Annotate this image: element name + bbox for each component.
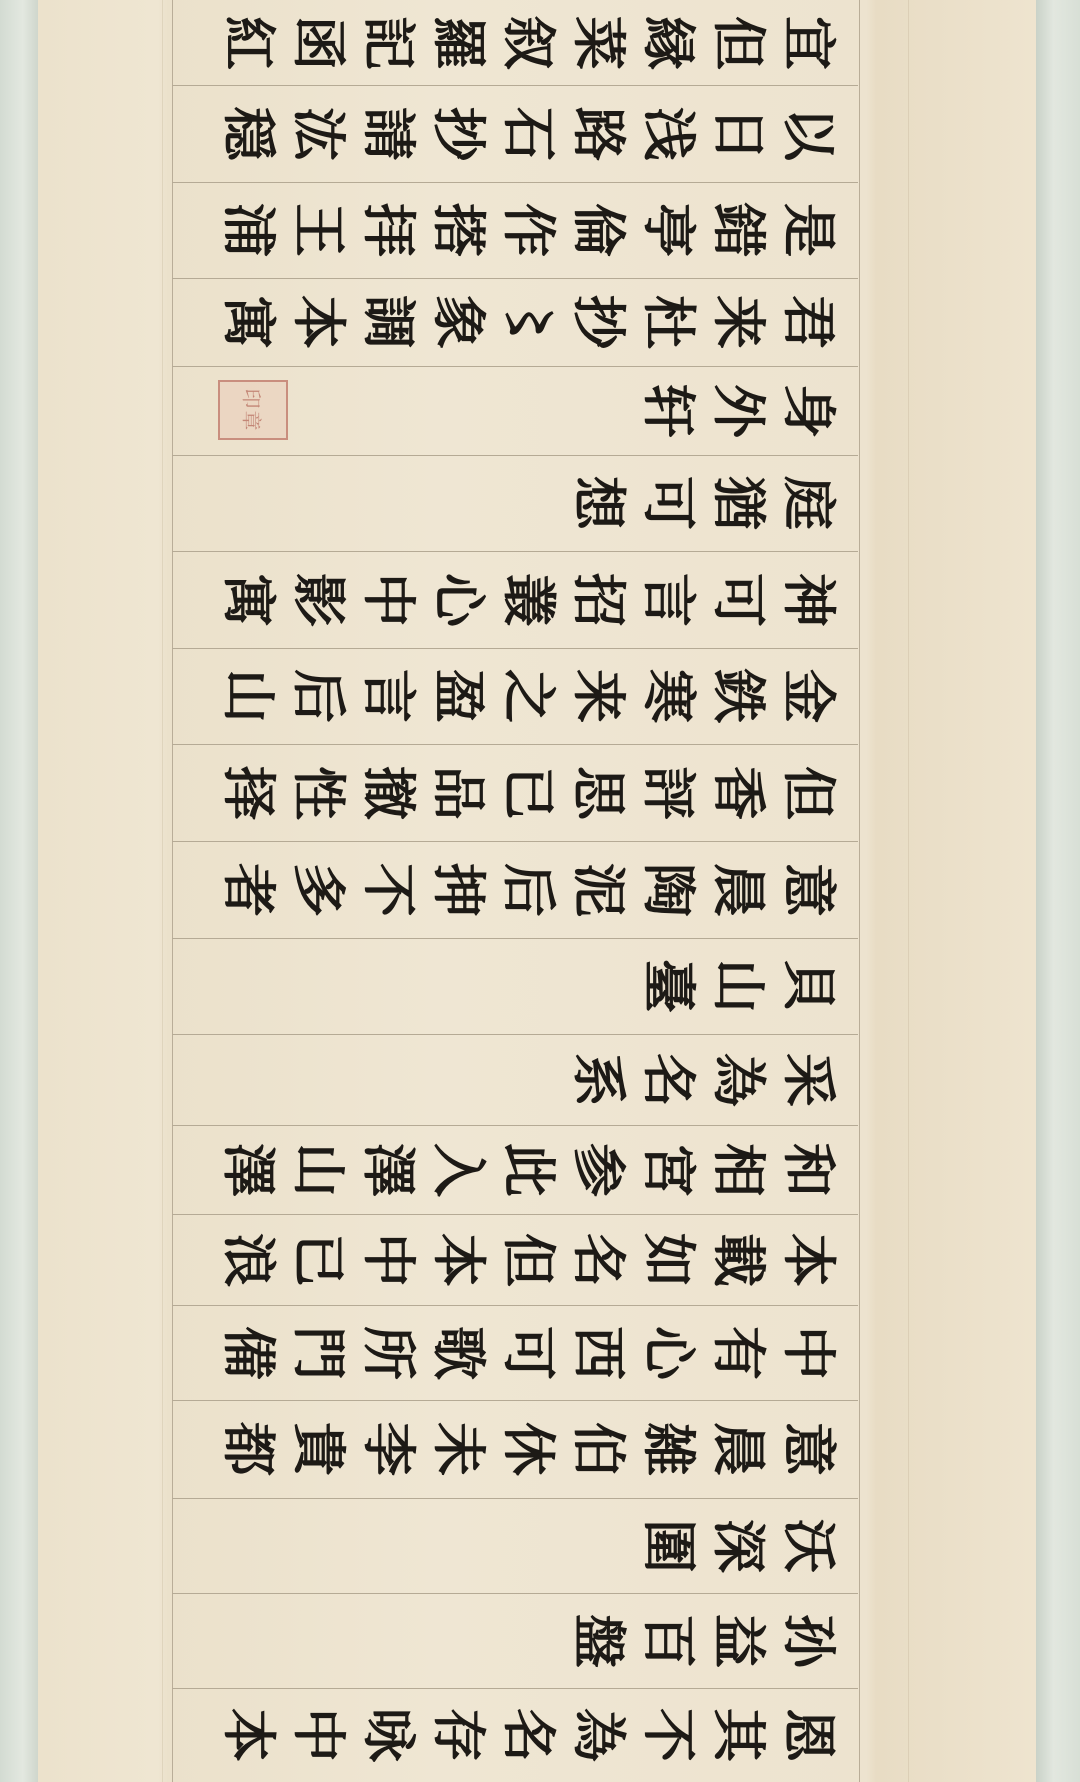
calligraphy-character: 心	[426, 567, 492, 633]
calligraphy-character: 晨	[706, 1416, 772, 1482]
calligraphy-character: 縁	[636, 10, 702, 76]
calligraphy-character: 請	[356, 101, 422, 167]
calligraphy-character: 貴	[286, 1416, 352, 1482]
calligraphy-character: 想	[566, 470, 632, 536]
calligraphy-character: 浦	[216, 197, 282, 263]
silk-mount-right	[1036, 0, 1080, 1782]
calligraphy-column: 意晨雑伯休未李貴都	[178, 1400, 850, 1498]
calligraphy-character: 紅	[216, 10, 282, 76]
silk-mount-left	[0, 0, 38, 1782]
calligraphy-character: 可	[706, 567, 772, 633]
calligraphy-character: 本	[216, 1702, 282, 1768]
calligraphy-character: 香	[706, 760, 772, 826]
calligraphy-character: 為	[706, 1047, 772, 1113]
calligraphy-character: 如	[636, 1227, 702, 1293]
calligraphy-character: 恩	[776, 1702, 842, 1768]
calligraphy-character: 以	[776, 101, 842, 167]
calligraphy-character: 言	[636, 567, 702, 633]
calligraphy-character: 〻	[496, 289, 562, 355]
calligraphy-character: 中	[356, 1227, 422, 1293]
calligraphy-character: 中	[286, 1702, 352, 1768]
calligraphy-character: 路	[566, 101, 632, 167]
calligraphy-character: 相	[706, 1137, 772, 1203]
calligraphy-character: 未	[426, 1416, 492, 1482]
calligraphy-character: 山	[706, 953, 772, 1019]
calligraphy-character: 浅	[636, 101, 702, 167]
calligraphy-column: 但香評思已品撤性择	[178, 744, 850, 841]
calligraphy-character: 晨	[706, 857, 772, 923]
calligraphy-character: 已	[286, 1227, 352, 1293]
paper-seam	[162, 0, 163, 1782]
calligraphy-character: 有	[706, 1320, 772, 1386]
calligraphy-character: 来	[706, 289, 772, 355]
calligraphy-character: 庭	[776, 470, 842, 536]
calligraphy-character: 不	[636, 1702, 702, 1768]
calligraphy-character: 百	[636, 1608, 702, 1674]
calligraphy-character: 雑	[636, 1416, 702, 1482]
calligraphy-character: 已	[496, 760, 562, 826]
calligraphy-column: 和相宮参此入澤山澤	[178, 1125, 850, 1214]
calligraphy-character: 澤	[216, 1137, 282, 1203]
calligraphy-column: 金鉄寒来之盈言后山	[178, 648, 850, 744]
calligraphy-character: 外	[706, 378, 772, 444]
calligraphy-character: 招	[566, 567, 632, 633]
calligraphy-column: 沃深圍	[178, 1498, 850, 1593]
calligraphy-character: 日	[706, 101, 772, 167]
calligraphy-character: 作	[496, 197, 562, 263]
calligraphy-character: 泥	[566, 857, 632, 923]
calligraphy-character: 寒	[636, 663, 702, 729]
calligraphy-character: 亭	[636, 197, 702, 263]
calligraphy-character: 性	[286, 760, 352, 826]
calligraphy-character: 所	[356, 1320, 422, 1386]
calligraphy-character: 李	[356, 1416, 422, 1482]
calligraphy-column: 本載如名但本中已浪	[178, 1214, 850, 1305]
calligraphy-character: 影	[286, 567, 352, 633]
calligraphy-character: 可	[636, 470, 702, 536]
calligraphy-column: 是錯亭倫作搭拝王浦	[178, 182, 850, 278]
calligraphy-character: 錯	[706, 197, 772, 263]
calligraphy-character: 入	[426, 1137, 492, 1203]
calligraphy-character: 寓	[216, 289, 282, 355]
calligraphy-character: 歌	[426, 1320, 492, 1386]
calligraphy-character: 貝	[776, 953, 842, 1019]
calligraphy-character: 择	[216, 760, 282, 826]
calligraphy-character: 汯	[286, 101, 352, 167]
calligraphy-character: 后	[496, 857, 562, 923]
calligraphy-character: 為	[566, 1702, 632, 1768]
calligraphy-column: 孙益百盤	[178, 1593, 850, 1688]
calligraphy-character: 本	[426, 1227, 492, 1293]
calligraphy-character: 浪	[216, 1227, 282, 1293]
calligraphy-character: 拝	[356, 197, 422, 263]
calligraphy-character: 此	[496, 1137, 562, 1203]
calligraphy-character: 杜	[636, 289, 702, 355]
calligraphy-character: 之	[496, 663, 562, 729]
calligraphy-column: 恩其不為名存咏中本	[178, 1688, 850, 1782]
calligraphy-character: 但	[496, 1227, 562, 1293]
calligraphy-character: 石	[496, 101, 562, 167]
calligraphy-column: 意晨陶泥后抻不多者	[178, 841, 850, 938]
calligraphy-character: 轩	[636, 378, 702, 444]
calligraphy-character: 思	[566, 760, 632, 826]
calligraphy-character: 后	[286, 663, 352, 729]
calligraphy-column: 宜但縁菜叙羅記函紅	[178, 0, 850, 85]
calligraphy-character: 系	[566, 1047, 632, 1113]
calligraphy-character: 中	[776, 1320, 842, 1386]
calligraphy-character: 象	[426, 289, 492, 355]
calligraphy-character: 山	[286, 1137, 352, 1203]
calligraphy-character: 但	[776, 760, 842, 826]
calligraphy-character: 寓	[216, 567, 282, 633]
calligraphy-character: 君	[776, 289, 842, 355]
calligraphy-character: 澤	[356, 1137, 422, 1203]
calligraphy-character: 休	[496, 1416, 562, 1482]
calligraphy-column: 中有心西可歌所門備	[178, 1305, 850, 1400]
calligraphy-character: 来	[566, 663, 632, 729]
calligraphy-character: 深	[706, 1513, 772, 1579]
calligraphy-column: 君来杜抄〻象調本寓	[178, 278, 850, 366]
calligraphy-character: 圍	[636, 1513, 702, 1579]
calligraphy-character: 陶	[636, 857, 702, 923]
calligraphy-character: 都	[216, 1416, 282, 1482]
calligraphy-column: 神可言招叢心中影寓	[178, 551, 850, 648]
calligraphy-character: 但	[706, 10, 772, 76]
calligraphy-character: 羅	[426, 10, 492, 76]
calligraphy-character: 言	[356, 663, 422, 729]
calligraphy-character: 中	[356, 567, 422, 633]
calligraphy-column: 庭猶可想	[178, 455, 850, 551]
calligraphy-character: 山	[216, 663, 282, 729]
calligraphy-character: 心	[636, 1320, 702, 1386]
calligraphy-character: 名	[636, 1047, 702, 1113]
calligraphy-character: 評	[636, 760, 702, 826]
calligraphy-character: 叢	[496, 567, 562, 633]
calligraphy-character: 沃	[776, 1513, 842, 1579]
calligraphy-character: 名	[566, 1227, 632, 1293]
calligraphy-character: 備	[216, 1320, 282, 1386]
calligraphy-character: 者	[216, 857, 282, 923]
calligraphy-character: 調	[356, 289, 422, 355]
calligraphy-character: 和	[776, 1137, 842, 1203]
calligraphy-character: 抻	[426, 857, 492, 923]
calligraphy-character: 采	[776, 1047, 842, 1113]
calligraphy-character: 猶	[706, 470, 772, 536]
calligraphy-character: 孙	[776, 1608, 842, 1674]
calligraphy-character: 穏	[216, 101, 282, 167]
calligraphy-column: 采為名系	[178, 1034, 850, 1125]
calligraphy-character: 倫	[566, 197, 632, 263]
calligraphy-character: 名	[496, 1702, 562, 1768]
calligraphy-character: 本	[776, 1227, 842, 1293]
calligraphy-character: 抄	[566, 289, 632, 355]
calligraphy-column: 貝山臺	[178, 938, 850, 1034]
calligraphy-character: 存	[426, 1702, 492, 1768]
calligraphy-character: 意	[776, 1416, 842, 1482]
seal-text: 印章	[239, 388, 268, 432]
calligraphy-character: 盈	[426, 663, 492, 729]
calligraphy-character: 鉄	[706, 663, 772, 729]
calligraphy-character: 叙	[496, 10, 562, 76]
calligraphy-character: 伯	[566, 1416, 632, 1482]
calligraphy-character: 撤	[356, 760, 422, 826]
calligraphy-character: 門	[286, 1320, 352, 1386]
calligraphy-character: 益	[706, 1608, 772, 1674]
calligraphy-character: 可	[496, 1320, 562, 1386]
calligraphy-character: 抄	[426, 101, 492, 167]
calligraphy-character: 宮	[636, 1137, 702, 1203]
calligraphy-character: 本	[286, 289, 352, 355]
calligraphy-character: 其	[706, 1702, 772, 1768]
calligraphy-character: 王	[286, 197, 352, 263]
calligraphy-character: 咏	[356, 1702, 422, 1768]
calligraphy-character: 不	[356, 857, 422, 923]
calligraphy-character: 多	[286, 857, 352, 923]
calligraphy-character: 記	[356, 10, 422, 76]
calligraphy-character: 宜	[776, 10, 842, 76]
calligraphy-character: 盤	[566, 1608, 632, 1674]
calligraphy-character: 品	[426, 760, 492, 826]
calligraphy-character: 身	[776, 378, 842, 444]
calligraphy-character: 是	[776, 197, 842, 263]
paper-seam	[908, 0, 909, 1782]
calligraphy-character: 金	[776, 663, 842, 729]
calligraphy-character: 載	[706, 1227, 772, 1293]
calligraphy-character: 搭	[426, 197, 492, 263]
calligraphy-character: 意	[776, 857, 842, 923]
calligraphy-character: 函	[286, 10, 352, 76]
calligraphy-character: 菜	[566, 10, 632, 76]
calligraphy-character: 参	[566, 1137, 632, 1203]
calligraphy-character: 神	[776, 567, 842, 633]
calligraphy-column: 以日浅路石抄請汯穏	[178, 85, 850, 182]
calligraphy-character: 臺	[636, 953, 702, 1019]
calligraphy-character: 西	[566, 1320, 632, 1386]
red-seal-stamp: 印章	[218, 380, 288, 440]
